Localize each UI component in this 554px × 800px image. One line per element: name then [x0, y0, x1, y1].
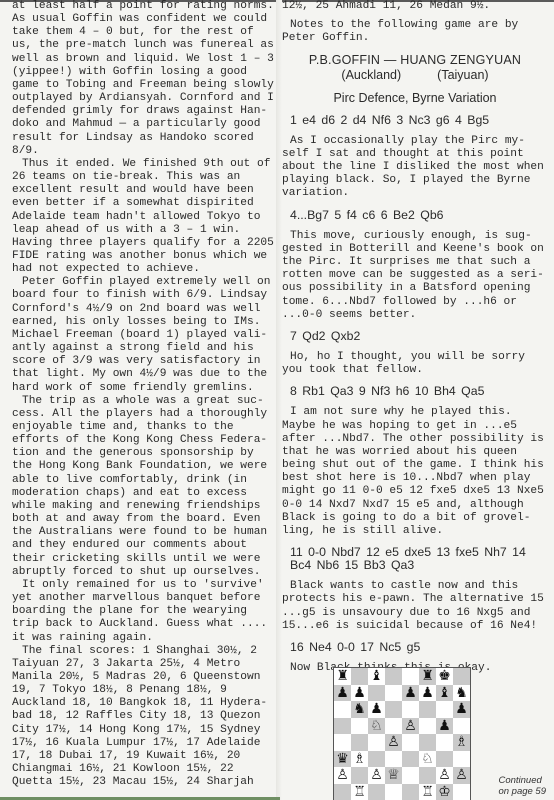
game-cities: (Auckland) (Taiyuan) — [282, 68, 548, 83]
game-moves: 1 e4 d6 2 d4 Nf6 3 Nc3 g6 4 Bg5 — [282, 114, 548, 127]
continued-label: Continued — [498, 775, 546, 786]
game-header: P.B.GOFFIN — HUANG ZENGYUAN (Auckland) (… — [282, 53, 548, 83]
article-paragraph: It only remained for us to 'survive' yet… — [12, 579, 274, 645]
chess-square — [419, 767, 436, 784]
chess-square — [334, 701, 351, 718]
opening-name: Pirc Defence, Byrne Variation — [282, 92, 548, 105]
chess-square — [385, 701, 402, 718]
chess-piece-square: ♘ — [419, 751, 436, 768]
chess-square — [419, 718, 436, 735]
article-paragraph: at least half a point for rating norms. … — [12, 0, 274, 158]
chess-piece-square: ♟ — [334, 685, 351, 702]
chess-square — [436, 701, 453, 718]
chess-piece-square: ♞ — [453, 685, 470, 702]
chess-square — [436, 751, 453, 768]
annotation-note: Ho, ho I thought, you will be sorry you … — [282, 351, 548, 377]
chess-piece-square: ♖ — [419, 784, 436, 800]
chess-piece-square: ♟ — [368, 701, 385, 718]
chess-square — [334, 718, 351, 735]
chess-square — [385, 668, 402, 685]
chess-piece-square: ♘ — [368, 718, 385, 735]
annotation-note: Black wants to castle now and this prote… — [282, 580, 548, 633]
game-moves: 16 Ne4 0-0 17 Nc5 g5 — [282, 641, 548, 654]
chess-square — [351, 734, 368, 751]
chess-piece-square: ♙ — [334, 767, 351, 784]
chess-square — [402, 701, 419, 718]
black-city: (Taiyuan) — [437, 68, 488, 83]
game-moves: 8 Rb1 Qa3 9 Nf3 h6 10 Bh4 Qa5 — [282, 385, 548, 398]
chess-piece-square: ♟ — [419, 685, 436, 702]
chess-piece-square: ♖ — [351, 784, 368, 800]
chess-piece-square: ♞ — [351, 701, 368, 718]
chess-square — [402, 767, 419, 784]
chess-square — [453, 784, 470, 800]
white-city: (Auckland) — [341, 68, 401, 83]
chess-piece-square: ♜ — [419, 668, 436, 685]
chess-square — [334, 784, 351, 800]
chess-square — [402, 734, 419, 751]
chess-piece-square: ♗ — [351, 751, 368, 768]
chess-piece-square: ♙ — [436, 767, 453, 784]
chess-square — [351, 767, 368, 784]
chess-square — [351, 718, 368, 735]
chess-square — [402, 668, 419, 685]
chess-piece-square: ♕ — [385, 767, 402, 784]
chess-square — [385, 784, 402, 800]
chess-piece-square: ♟ — [402, 685, 419, 702]
continued-page: on page 59 — [498, 786, 546, 797]
chess-piece-square: ♔ — [436, 784, 453, 800]
game-annotations: 1 e4 d6 2 d4 Nf6 3 Nc3 g6 4 Bg5As I occa… — [282, 114, 548, 676]
chess-piece-square: ♟ — [436, 718, 453, 735]
chess-square — [385, 685, 402, 702]
game-moves: 11 0-0 Nbd7 12 e5 dxe5 13 fxe5 Nh7 14 Bc… — [282, 546, 548, 572]
chess-piece-square: ♟ — [351, 685, 368, 702]
player-separator: — — [384, 53, 397, 67]
chess-piece-square: ♙ — [385, 734, 402, 751]
chess-square — [368, 685, 385, 702]
final-scores-continued: 12½, 25 Ahmadi 11, 26 Medan 9½. — [282, 0, 548, 13]
chess-piece-square: ♗ — [453, 734, 470, 751]
chess-diagram: ♜♝♜♚♟♟♟♟♝♞♞♟♟♘♙♟♙♗♛♗♘♙♙♕♙♙♖♖♔ — [333, 667, 471, 800]
annotation-note: This move, curiously enough, is sug-gest… — [282, 230, 548, 322]
article-paragraph: Thus it ended. We finished 9th out of 26… — [12, 158, 274, 276]
chess-square — [453, 668, 470, 685]
chess-square — [385, 751, 402, 768]
chess-piece-square: ♜ — [334, 668, 351, 685]
notes-intro: Notes to the following game are by Peter… — [282, 19, 548, 45]
chess-piece-square: ♙ — [368, 767, 385, 784]
white-player: P.B.GOFFIN — [309, 53, 380, 67]
article-paragraph: The final scores: 1 Shanghai 30½, 2 Taiy… — [12, 645, 274, 790]
chess-square — [368, 734, 385, 751]
chess-square — [419, 734, 436, 751]
chess-square — [453, 718, 470, 735]
black-player: HUANG ZENGYUAN — [400, 53, 521, 67]
article-paragraph: Peter Goffin played extremely well on bo… — [12, 276, 274, 394]
continued-note: Continued on page 59 — [498, 775, 546, 797]
annotation-note: As I occasionally play the Pirc my-self … — [282, 135, 548, 201]
chess-square — [453, 751, 470, 768]
game-moves: 4...Bg7 5 f4 c6 6 Be2 Qb6 — [282, 209, 548, 222]
right-column: 12½, 25 Ahmadi 11, 26 Medan 9½. Notes to… — [282, 0, 548, 675]
chess-piece-square: ♙ — [453, 767, 470, 784]
chess-piece-square: ♝ — [368, 668, 385, 685]
chess-board: ♜♝♜♚♟♟♟♟♝♞♞♟♟♘♙♟♙♗♛♗♘♙♙♕♙♙♖♖♔ — [333, 667, 471, 800]
chess-square — [419, 701, 436, 718]
chess-square — [368, 784, 385, 800]
game-players: P.B.GOFFIN — HUANG ZENGYUAN — [282, 53, 548, 68]
chess-piece-square: ♝ — [436, 685, 453, 702]
article-paragraph: The trip as a whole was a great suc-cess… — [12, 395, 274, 579]
chess-square — [334, 734, 351, 751]
chess-square — [402, 751, 419, 768]
chess-square — [351, 668, 368, 685]
game-moves: 7 Qd2 Qxb2 — [282, 330, 548, 343]
chess-piece-square: ♛ — [334, 751, 351, 768]
chess-square — [368, 751, 385, 768]
chess-piece-square: ♚ — [436, 668, 453, 685]
chess-piece-square: ♙ — [402, 718, 419, 735]
chess-square — [402, 784, 419, 800]
annotation-note: I am not sure why he played this. Maybe … — [282, 406, 548, 538]
left-column: at least half a point for rating norms. … — [12, 0, 274, 789]
chess-square — [436, 734, 453, 751]
chess-square — [385, 718, 402, 735]
chess-piece-square: ♟ — [453, 701, 470, 718]
